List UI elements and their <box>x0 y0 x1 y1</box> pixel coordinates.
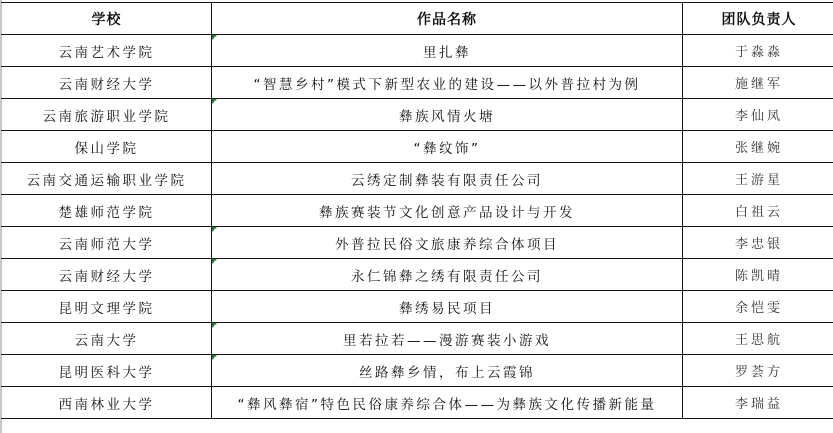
comment-marker-icon <box>212 355 217 360</box>
lead-name: 张继婉 <box>735 141 783 156</box>
comment-marker-icon <box>212 227 217 232</box>
school-name: 云南师范大学 <box>59 237 155 253</box>
cell-work-title[interactable]: 里若拉若——漫游赛装小游戏 <box>212 323 683 355</box>
lead-name: 王思航 <box>735 333 783 348</box>
table-row: 云南财经大学 “智慧乡村”模式下新型农业的建设——以外普拉村为例 施继军 <box>2 67 833 99</box>
cell-work-title[interactable]: 外普拉民俗文旅康养综合体项目 <box>212 227 683 259</box>
work-title: 里若拉若——漫游赛装小游戏 <box>343 333 551 349</box>
cell-school[interactable]: 云南旅游职业学院 <box>2 99 212 131</box>
lead-name: 于淼淼 <box>735 45 783 60</box>
work-title: 云绣定制彝装有限责任公司 <box>351 173 543 189</box>
table-row: 云南师范大学 外普拉民俗文旅康养综合体项目 李忠银 <box>2 227 833 259</box>
lead-name: 罗荟方 <box>735 365 783 380</box>
cell-work-title[interactable]: 彝族赛装节文化创意产品设计与开发 <box>212 195 683 227</box>
school-name: 昆明文理学院 <box>59 301 155 317</box>
lead-name: 王游星 <box>735 173 783 188</box>
table-row: 云南艺术学院 里扎彝 于淼淼 <box>2 35 833 67</box>
cell-team-lead[interactable]: 于淼淼 <box>683 35 833 67</box>
school-name: 云南财经大学 <box>59 77 155 93</box>
table-row: 楚雄师范学院 彝族赛装节文化创意产品设计与开发 白祖云 <box>2 195 833 227</box>
school-name: 云南财经大学 <box>59 269 155 285</box>
work-title: “智慧乡村”模式下新型农业的建设——以外普拉村为例 <box>254 77 641 93</box>
school-name: 西南林业大学 <box>59 397 155 413</box>
lead-name: 白祖云 <box>735 205 783 220</box>
header-work-title[interactable]: 作品名称 <box>212 3 683 35</box>
cell-school[interactable]: 云南财经大学 <box>2 67 212 99</box>
lead-name: 余恺雯 <box>735 301 783 316</box>
work-title: “彝风彝宿”特色民俗康养综合体——为彝族文化传播新能量 <box>238 397 657 413</box>
school-name: 保山学院 <box>75 141 139 157</box>
school-name: 楚雄师范学院 <box>59 205 155 221</box>
cell-work-title[interactable]: 云绣定制彝装有限责任公司 <box>212 163 683 195</box>
header-school[interactable]: 学校 <box>2 3 212 35</box>
cell-work-title[interactable]: 丝路彝乡情，布上云霞锦 <box>212 355 683 387</box>
table-row: 云南旅游职业学院 彝族风情火塘 李仙凤 <box>2 99 833 131</box>
cell-school[interactable]: 保山学院 <box>2 131 212 163</box>
school-name: 云南交通运输职业学院 <box>27 173 187 189</box>
cell-work-title[interactable]: “彝风彝宿”特色民俗康养综合体——为彝族文化传播新能量 <box>212 387 683 419</box>
table-row: 保山学院 “彝纹饰” 张继婉 <box>2 131 833 163</box>
work-title: 里扎彝 <box>423 45 471 61</box>
comment-marker-icon <box>212 35 217 40</box>
cell-team-lead[interactable]: 余恺雯 <box>683 291 833 323</box>
lead-name: 李瑞益 <box>735 397 783 412</box>
work-title: 永仁锦彝之绣有限责任公司 <box>351 269 543 285</box>
cell-school[interactable]: 云南交通运输职业学院 <box>2 163 212 195</box>
cell-team-lead[interactable]: 施继军 <box>683 67 833 99</box>
cell-school[interactable]: 楚雄师范学院 <box>2 195 212 227</box>
comment-marker-icon <box>212 99 217 104</box>
table-body: 云南艺术学院 里扎彝 于淼淼 云南财经大学 “智慧乡村”模式下新型农业的建设——… <box>2 35 833 419</box>
table-row: 西南林业大学 “彝风彝宿”特色民俗康养综合体——为彝族文化传播新能量 李瑞益 <box>2 387 833 419</box>
cell-team-lead[interactable]: 李仙凤 <box>683 99 833 131</box>
school-name: 云南大学 <box>75 333 139 349</box>
comment-marker-icon <box>212 323 217 328</box>
cell-school[interactable]: 云南艺术学院 <box>2 35 212 67</box>
cell-team-lead[interactable]: 王思航 <box>683 323 833 355</box>
cell-work-title[interactable]: “智慧乡村”模式下新型农业的建设——以外普拉村为例 <box>212 67 683 99</box>
school-name: 云南艺术学院 <box>59 45 155 61</box>
work-title: “彝纹饰” <box>414 141 481 157</box>
table-row: 昆明文理学院 彝绣易民项目 余恺雯 <box>2 291 833 323</box>
cell-team-lead[interactable]: 王游星 <box>683 163 833 195</box>
cell-team-lead[interactable]: 张继婉 <box>683 131 833 163</box>
lead-name: 陈凯晴 <box>735 269 783 284</box>
header-team-lead[interactable]: 团队负责人 <box>683 3 833 35</box>
table-row: 云南大学 里若拉若——漫游赛装小游戏 王思航 <box>2 323 833 355</box>
cell-school[interactable]: 云南大学 <box>2 323 212 355</box>
cell-team-lead[interactable]: 陈凯晴 <box>683 259 833 291</box>
school-name: 云南旅游职业学院 <box>43 109 171 125</box>
work-title: 彝族赛装节文化创意产品设计与开发 <box>319 205 575 221</box>
header-row: 学校 作品名称 团队负责人 <box>2 3 833 35</box>
lead-name: 李忠银 <box>735 237 783 252</box>
cell-work-title[interactable]: 彝族风情火塘 <box>212 99 683 131</box>
cell-school[interactable]: 云南师范大学 <box>2 227 212 259</box>
cell-work-title[interactable]: 永仁锦彝之绣有限责任公司 <box>212 259 683 291</box>
table-row: 昆明医科大学 丝路彝乡情，布上云霞锦 罗荟方 <box>2 355 833 387</box>
table-row: 云南财经大学 永仁锦彝之绣有限责任公司 陈凯晴 <box>2 259 833 291</box>
cell-team-lead[interactable]: 罗荟方 <box>683 355 833 387</box>
cell-school[interactable]: 西南林业大学 <box>2 387 212 419</box>
cell-school[interactable]: 昆明文理学院 <box>2 291 212 323</box>
work-title: 外普拉民俗文旅康养综合体项目 <box>335 237 559 253</box>
lead-name: 施继军 <box>735 77 783 92</box>
cell-school[interactable]: 云南财经大学 <box>2 259 212 291</box>
cell-school[interactable]: 昆明医科大学 <box>2 355 212 387</box>
lead-name: 李仙凤 <box>735 109 783 124</box>
cell-work-title[interactable]: “彝纹饰” <box>212 131 683 163</box>
cell-team-lead[interactable]: 李瑞益 <box>683 387 833 419</box>
cell-team-lead[interactable]: 白祖云 <box>683 195 833 227</box>
cell-work-title[interactable]: 彝绣易民项目 <box>212 291 683 323</box>
comment-marker-icon <box>212 259 217 264</box>
table-row: 云南交通运输职业学院 云绣定制彝装有限责任公司 王游星 <box>2 163 833 195</box>
work-title: 彝绣易民项目 <box>399 301 495 317</box>
school-name: 昆明医科大学 <box>59 365 155 381</box>
cell-work-title[interactable]: 里扎彝 <box>212 35 683 67</box>
cell-team-lead[interactable]: 李忠银 <box>683 227 833 259</box>
work-title: 彝族风情火塘 <box>399 109 495 125</box>
work-title: 丝路彝乡情，布上云霞锦 <box>359 365 535 381</box>
project-roster-table: 学校 作品名称 团队负责人 云南艺术学院 里扎彝 于淼淼 云南财经大学 “智慧乡… <box>1 2 833 419</box>
